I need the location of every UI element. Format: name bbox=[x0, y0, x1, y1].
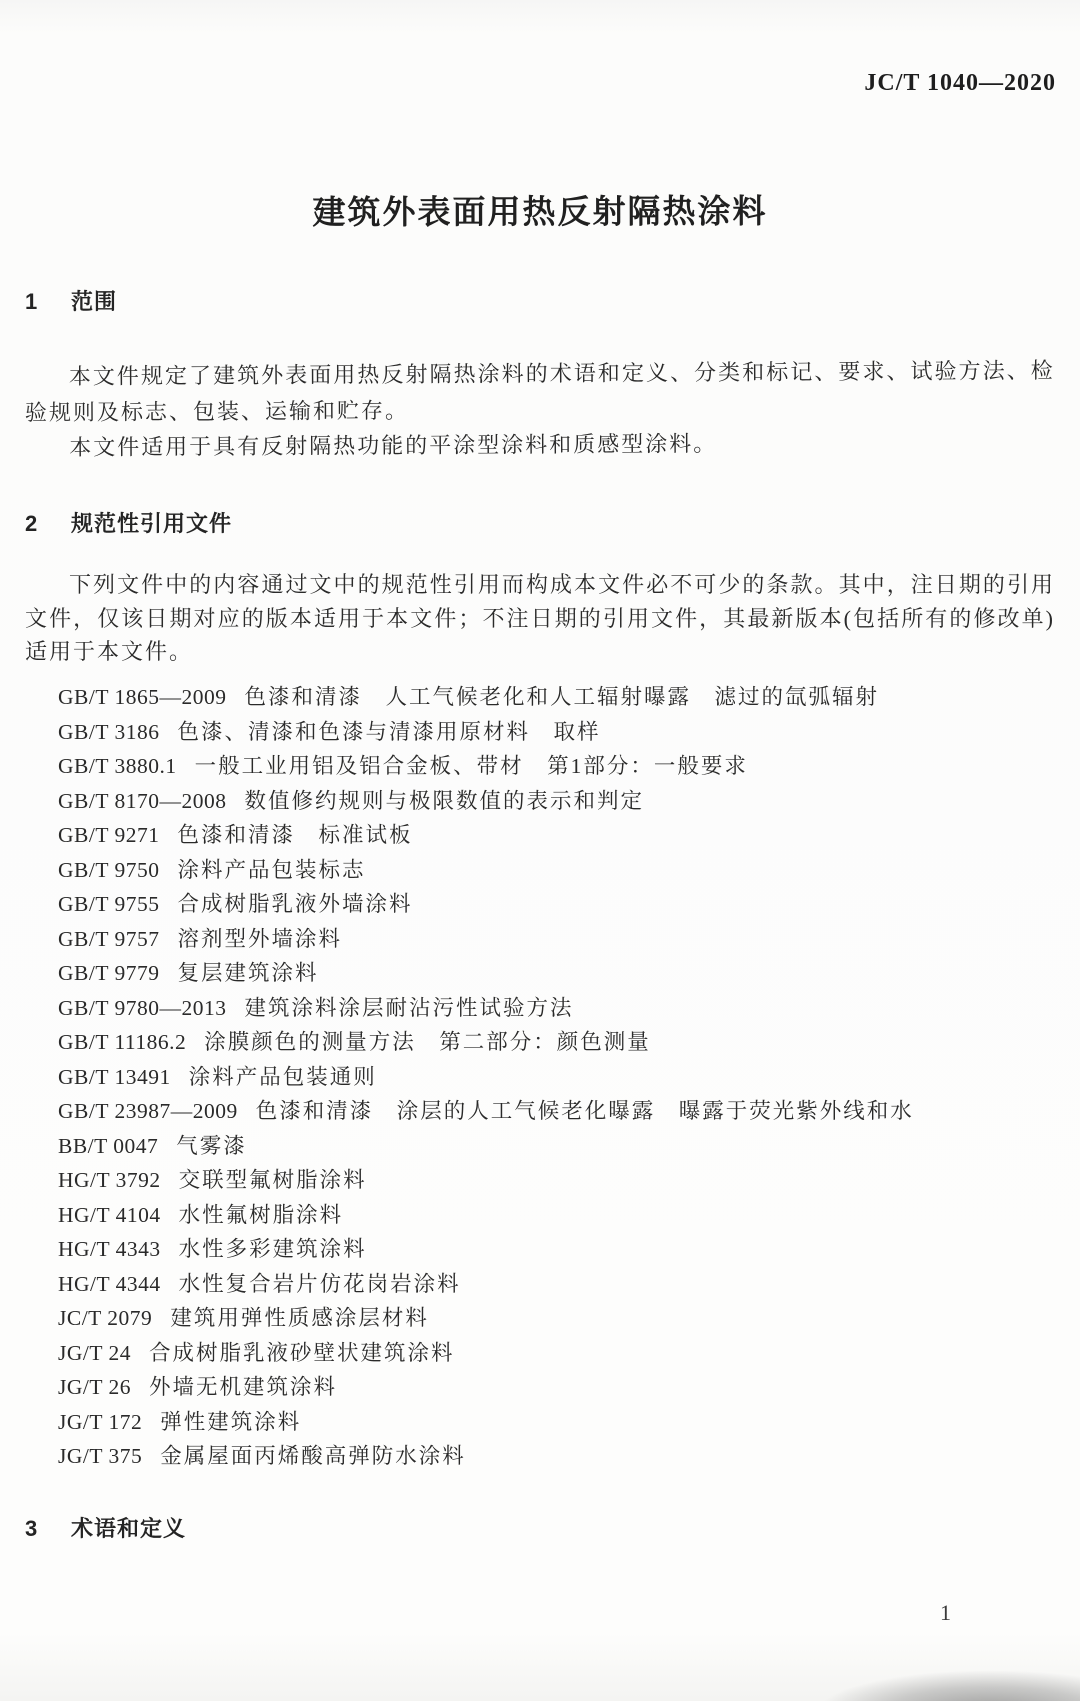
reference-row: HG/T 4343水性多彩建筑涂料 bbox=[58, 1232, 1060, 1267]
reference-row: JG/T 172弹性建筑涂料 bbox=[58, 1405, 1060, 1440]
reference-title: 色漆和清漆 标准试板 bbox=[177, 823, 412, 847]
reference-title: 色漆和清漆 人工气候老化和人工辐射曝露 滤过的氙弧辐射 bbox=[244, 685, 879, 709]
reference-title: 数值修约规则与极限数值的表示和判定 bbox=[244, 789, 644, 813]
normative-references-list: GB/T 1865—2009色漆和清漆 人工气候老化和人工辐射曝露 滤过的氙弧辐… bbox=[58, 680, 1060, 1474]
section-2-intro: 下列文件中的内容通过文中的规范性引用而构成本文件必不可少的条款。其中，注日期的引… bbox=[25, 568, 1055, 669]
reference-row: GB/T 9780—2013建筑涂料涂层耐沾污性试验方法 bbox=[58, 991, 1060, 1026]
reference-code: GB/T 9757 bbox=[58, 922, 159, 957]
reference-row: GB/T 9757溶剂型外墙涂料 bbox=[58, 922, 1060, 957]
section-1-label: 范围 bbox=[71, 289, 117, 314]
reference-title: 外墙无机建筑涂料 bbox=[149, 1375, 337, 1399]
reference-title: 一般工业用铝及铝合金板、带材 第1部分：一般要求 bbox=[195, 754, 748, 778]
reference-row: GB/T 9755合成树脂乳液外墙涂料 bbox=[58, 887, 1060, 922]
paragraph: 本文件适用于具有反射隔热功能的平涂型涂料和质感型涂料。 bbox=[25, 424, 1055, 466]
reference-row: GB/T 1865—2009色漆和清漆 人工气候老化和人工辐射曝露 滤过的氙弧辐… bbox=[58, 680, 1060, 715]
reference-row: GB/T 8170—2008数值修约规则与极限数值的表示和判定 bbox=[58, 784, 1060, 819]
reference-code: BB/T 0047 bbox=[58, 1129, 158, 1164]
section-2-number: 2 bbox=[25, 511, 45, 537]
reference-title: 水性多彩建筑涂料 bbox=[179, 1237, 367, 1261]
section-3-label: 术语和定义 bbox=[71, 1516, 186, 1541]
reference-title: 合成树脂乳液砂壁状建筑涂料 bbox=[149, 1341, 455, 1365]
section-1-heading: 1范围 bbox=[25, 285, 117, 316]
reference-title: 水性氟树脂涂料 bbox=[179, 1203, 344, 1227]
reference-row: HG/T 4344水性复合岩片仿花岗岩涂料 bbox=[58, 1267, 1060, 1302]
reference-row: GB/T 9271色漆和清漆 标准试板 bbox=[58, 818, 1060, 853]
reference-row: GB/T 23987—2009色漆和清漆 涂层的人工气候老化曝露 曝露于荧光紫外… bbox=[58, 1094, 1060, 1129]
reference-code: GB/T 3186 bbox=[58, 715, 159, 750]
reference-title: 弹性建筑涂料 bbox=[160, 1410, 301, 1434]
document-page: JC/T 1040—2020 建筑外表面用热反射隔热涂料 1范围 本文件规定了建… bbox=[0, 0, 1080, 1701]
reference-code: JC/T 2079 bbox=[58, 1301, 152, 1336]
section-2-label: 规范性引用文件 bbox=[71, 511, 232, 536]
reference-code: HG/T 4104 bbox=[58, 1198, 161, 1233]
reference-row: HG/T 4104水性氟树脂涂料 bbox=[58, 1198, 1060, 1233]
reference-row: GB/T 3880.1一般工业用铝及铝合金板、带材 第1部分：一般要求 bbox=[58, 749, 1060, 784]
document-title: 建筑外表面用热反射隔热涂料 bbox=[0, 185, 1080, 235]
reference-code: HG/T 4343 bbox=[58, 1232, 161, 1267]
reference-title: 金属屋面丙烯酸高弹防水涂料 bbox=[160, 1444, 466, 1468]
reference-row: BB/T 0047气雾漆 bbox=[58, 1129, 1060, 1164]
reference-row: JC/T 2079建筑用弹性质感涂层材料 bbox=[58, 1301, 1060, 1336]
reference-code: HG/T 3792 bbox=[58, 1163, 161, 1198]
reference-row: GB/T 3186色漆、清漆和色漆与清漆用原材料 取样 bbox=[58, 715, 1060, 750]
reference-row: JG/T 375金属屋面丙烯酸高弹防水涂料 bbox=[58, 1439, 1060, 1474]
reference-title: 色漆和清漆 涂层的人工气候老化曝露 曝露于荧光紫外线和水 bbox=[256, 1099, 914, 1123]
reference-code: GB/T 9750 bbox=[58, 853, 159, 888]
reference-code: GB/T 9779 bbox=[58, 956, 159, 991]
reference-code: HG/T 4344 bbox=[58, 1267, 161, 1302]
reference-title: 色漆、清漆和色漆与清漆用原材料 取样 bbox=[177, 720, 600, 744]
reference-code: GB/T 8170—2008 bbox=[58, 784, 226, 819]
reference-code: GB/T 11186.2 bbox=[58, 1025, 186, 1060]
reference-code: GB/T 3880.1 bbox=[58, 749, 177, 784]
reference-code: GB/T 13491 bbox=[58, 1060, 171, 1095]
section-3-number: 3 bbox=[25, 1516, 45, 1542]
reference-title: 涂料产品包装标志 bbox=[177, 858, 365, 882]
reference-code: JG/T 375 bbox=[58, 1439, 142, 1474]
scan-corner-shadow bbox=[760, 1631, 1080, 1701]
reference-row: GB/T 9750涂料产品包装标志 bbox=[58, 853, 1060, 888]
reference-title: 溶剂型外墙涂料 bbox=[177, 927, 342, 951]
reference-title: 交联型氟树脂涂料 bbox=[179, 1168, 367, 1192]
reference-code: JG/T 26 bbox=[58, 1370, 131, 1405]
reference-title: 复层建筑涂料 bbox=[177, 961, 318, 985]
reference-code: JG/T 172 bbox=[58, 1405, 142, 1440]
reference-title: 气雾漆 bbox=[176, 1134, 247, 1158]
reference-title: 建筑用弹性质感涂层材料 bbox=[170, 1306, 429, 1330]
paragraph: 下列文件中的内容通过文中的规范性引用而构成本文件必不可少的条款。其中，注日期的引… bbox=[25, 568, 1055, 669]
reference-title: 涂膜颜色的测量方法 第二部分：颜色测量 bbox=[204, 1030, 651, 1054]
reference-row: JG/T 26外墙无机建筑涂料 bbox=[58, 1370, 1060, 1405]
reference-row: HG/T 3792交联型氟树脂涂料 bbox=[58, 1163, 1060, 1198]
reference-row: GB/T 13491涂料产品包装通则 bbox=[58, 1060, 1060, 1095]
reference-row: JG/T 24合成树脂乳液砂壁状建筑涂料 bbox=[58, 1336, 1060, 1371]
reference-row: GB/T 11186.2涂膜颜色的测量方法 第二部分：颜色测量 bbox=[58, 1025, 1060, 1060]
reference-code: GB/T 9755 bbox=[58, 887, 159, 922]
section-1-number: 1 bbox=[25, 289, 45, 315]
reference-code: GB/T 1865—2009 bbox=[58, 680, 226, 715]
page-number: 1 bbox=[940, 1600, 951, 1626]
paragraph: 本文件规定了建筑外表面用热反射隔热涂料的术语和定义、分类和标记、要求、试验方法、… bbox=[25, 353, 1055, 430]
standard-code: JC/T 1040—2020 bbox=[864, 70, 1056, 97]
reference-row: GB/T 9779复层建筑涂料 bbox=[58, 956, 1060, 991]
section-2-heading: 2规范性引用文件 bbox=[25, 507, 232, 538]
section-3-heading: 3术语和定义 bbox=[25, 1512, 186, 1543]
reference-title: 涂料产品包装通则 bbox=[189, 1065, 377, 1089]
reference-title: 水性复合岩片仿花岗岩涂料 bbox=[179, 1272, 461, 1296]
section-1-body: 本文件规定了建筑外表面用热反射隔热涂料的术语和定义、分类和标记、要求、试验方法、… bbox=[25, 353, 1056, 466]
reference-code: GB/T 9271 bbox=[58, 818, 159, 853]
reference-title: 合成树脂乳液外墙涂料 bbox=[177, 892, 412, 916]
reference-title: 建筑涂料涂层耐沾污性试验方法 bbox=[244, 996, 573, 1020]
reference-code: GB/T 23987—2009 bbox=[58, 1094, 238, 1129]
reference-code: JG/T 24 bbox=[58, 1336, 131, 1371]
reference-code: GB/T 9780—2013 bbox=[58, 991, 226, 1026]
